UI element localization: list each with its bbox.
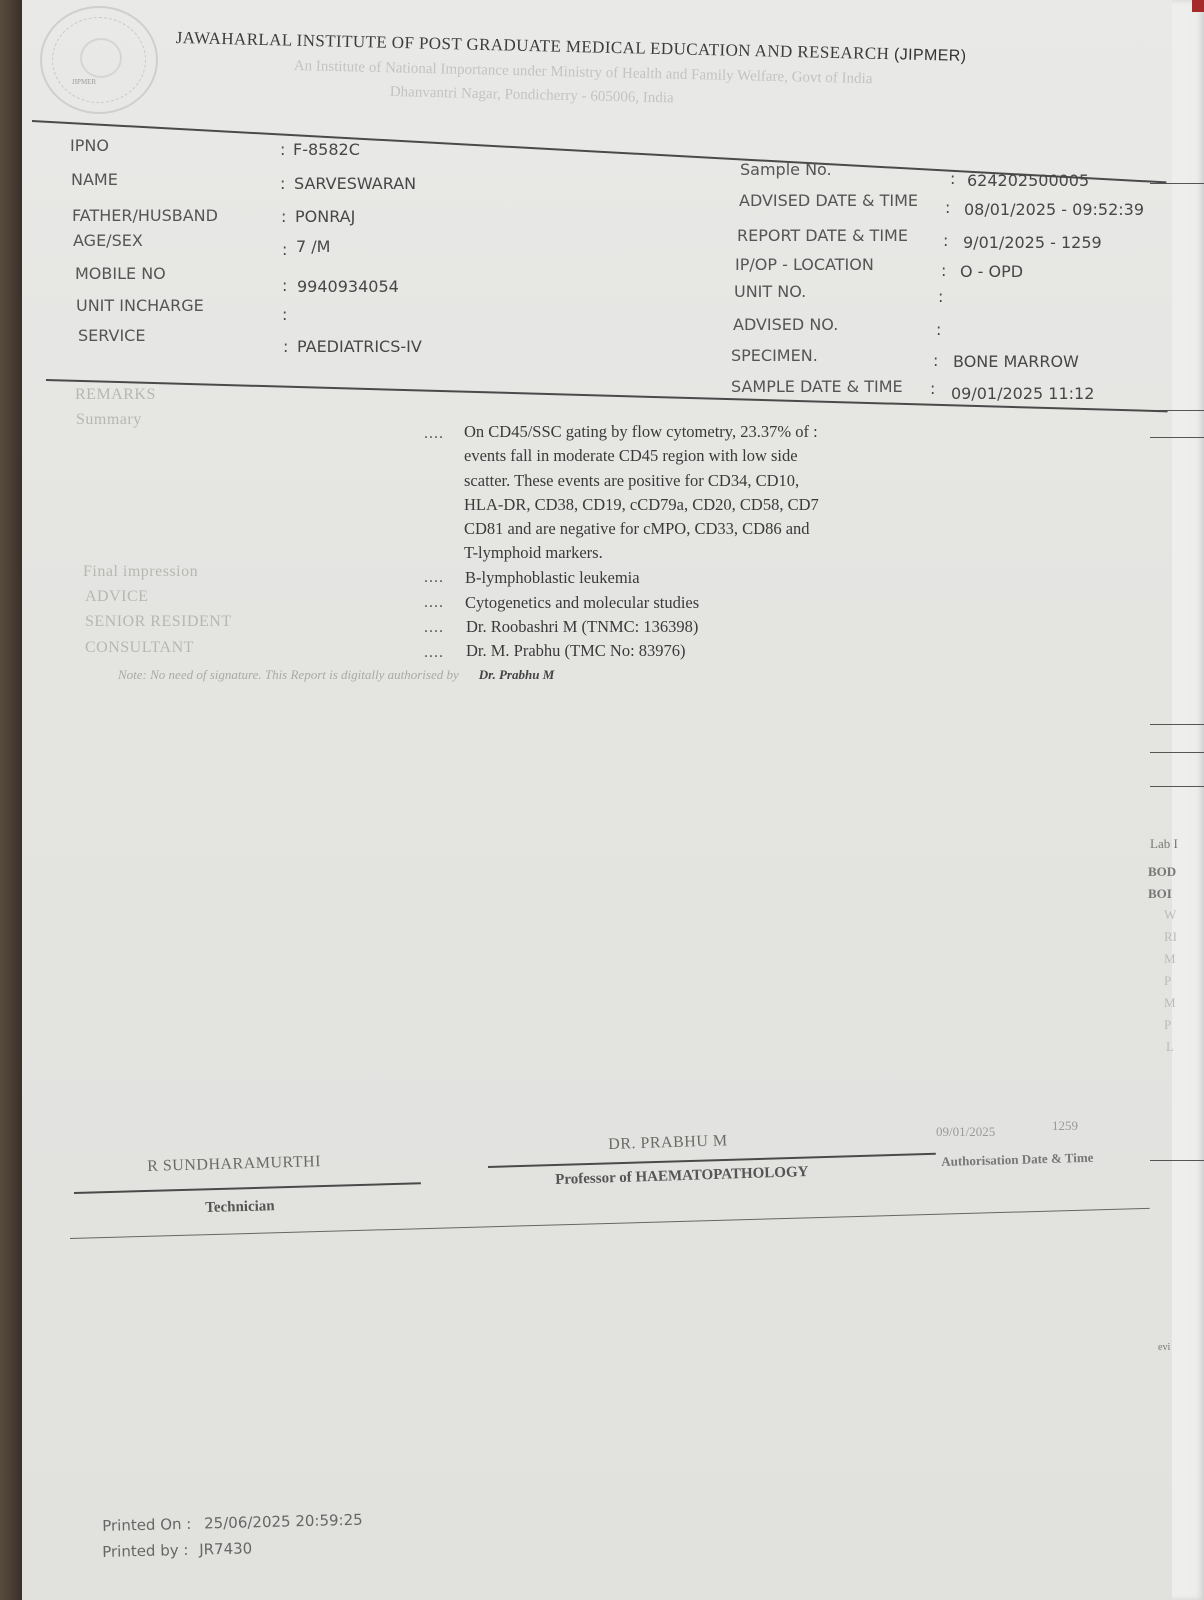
senior-resident-value: Dr. Roobashri M (TNMC: 136398) <box>466 615 698 639</box>
specimen-label: SPECIMEN. <box>731 346 818 365</box>
colon: : <box>283 337 288 356</box>
sample-no-label: Sample No. <box>740 160 832 179</box>
report-date-label: REPORT DATE & TIME <box>737 226 908 245</box>
summary-label: Summary <box>76 411 142 429</box>
name-value: SARVESWARAN <box>294 174 416 193</box>
sample-no-value: 624202500005 <box>967 171 1089 190</box>
under-sheet-text: M <box>1164 951 1176 967</box>
summary-line: T-lymphoid markers. <box>464 541 819 565</box>
colon: : <box>282 240 287 259</box>
ipno-value: F-8582C <box>293 140 360 159</box>
under-sheet-text: M <box>1164 995 1176 1011</box>
colon: : <box>280 174 285 193</box>
summary-line: events fall in moderate CD45 region with… <box>464 444 819 468</box>
authorisation-time: 1259 <box>1052 1118 1078 1134</box>
ip-op-location-value: O - OPD <box>960 262 1023 281</box>
service-value: PAEDIATRICS-IV <box>297 337 422 356</box>
age-sex-label: AGE/SEX <box>73 231 143 250</box>
ip-op-location-label: IP/OP - LOCATION <box>735 255 874 274</box>
institute-seal-icon: JIPMER <box>40 6 158 114</box>
under-sheet-text: P <box>1164 1017 1171 1033</box>
consultant-value: Dr. M. Prabhu (TMC No: 83976) <box>466 639 686 663</box>
specimen-value: BONE MARROW <box>953 352 1079 371</box>
under-sheet-text: W <box>1164 907 1176 923</box>
sample-date-label: SAMPLE DATE & TIME <box>731 377 903 396</box>
sample-date-value: 09/01/2025 11:12 <box>951 384 1094 403</box>
summary-text: On CD45/SSC gating by flow cytometry, 23… <box>464 420 819 566</box>
unit-no-label: UNIT NO. <box>734 282 806 301</box>
authorisation-date: 09/01/2025 <box>936 1124 995 1140</box>
report-date-value: 9/01/2025 - 1259 <box>963 233 1102 252</box>
under-sheet-text: BOI <box>1148 886 1172 902</box>
colon: : <box>941 261 946 280</box>
colon: : <box>280 140 285 159</box>
mobile-label: MOBILE NO <box>75 264 166 283</box>
age-sex-value: 7 /M <box>296 237 330 256</box>
senior-resident-label: SENIOR RESIDENT <box>85 613 232 631</box>
under-sheet-rule <box>1150 183 1204 184</box>
final-impression-label: Final impression <box>83 563 198 581</box>
colon: : <box>930 379 935 398</box>
advised-date-label: ADVISED DATE & TIME <box>739 191 918 210</box>
summary-line: HLA-DR, CD38, CD19, cCD79a, CD20, CD58, … <box>464 493 819 517</box>
colon: : <box>945 198 950 217</box>
leader-dots: .... <box>424 619 444 637</box>
under-sheet-text: RI <box>1164 929 1177 945</box>
summary-line: scatter. These events are positive for C… <box>464 469 819 493</box>
final-impression-value: B-lymphoblastic leukemia <box>465 566 640 590</box>
under-sheet-text: BOD <box>1148 864 1176 880</box>
colon: : <box>950 169 955 188</box>
printed-by: Printed by : JR7430 <box>102 1539 252 1561</box>
advice-value: Cytogenetics and molecular studies <box>465 591 699 615</box>
father-husband-value: PONRAJ <box>295 207 355 226</box>
technician-role: Technician <box>205 1198 275 1217</box>
under-sheet-text: L <box>1166 1039 1174 1055</box>
service-label: SERVICE <box>78 326 145 345</box>
under-sheet-text: Lab I <box>1150 836 1178 852</box>
note-signer: Dr. Prabhu M <box>479 667 555 682</box>
leader-dots: .... <box>424 594 444 612</box>
summary-line: CD81 and are negative for cMPO, CD33, CD… <box>464 517 819 541</box>
name-label: NAME <box>71 170 118 189</box>
red-edge <box>1192 0 1204 12</box>
under-sheet-rule <box>1150 752 1204 753</box>
under-sheet-text: evi <box>1158 1342 1170 1353</box>
summary-line: On CD45/SSC gating by flow cytometry, 23… <box>464 420 819 444</box>
under-sheet-rule <box>1150 437 1204 438</box>
unit-incharge-label: UNIT INCHARGE <box>76 296 204 315</box>
father-husband-label: FATHER/HUSBAND <box>72 206 218 225</box>
printed-by-label: Printed by : <box>102 1541 189 1561</box>
colon: : <box>281 207 286 226</box>
advice-label: ADVICE <box>85 588 148 606</box>
printed-by-value: JR7430 <box>199 1539 252 1558</box>
leader-dots: .... <box>424 644 444 662</box>
digital-authorisation-note: Note: No need of signature. This Report … <box>118 667 554 683</box>
leader-dots: .... <box>424 569 444 587</box>
advised-date-value: 08/01/2025 - 09:52:39 <box>964 200 1144 219</box>
advised-no-label: ADVISED NO. <box>733 315 838 334</box>
under-sheet-rule <box>1150 786 1204 787</box>
under-sheet-rule <box>1150 1160 1204 1161</box>
institute-abbr: (JIPMER) <box>894 46 967 65</box>
ipno-label: IPNO <box>70 136 109 155</box>
colon: : <box>936 320 941 339</box>
leader-dots: .... <box>424 425 444 443</box>
remarks-heading: REMARKS <box>75 386 156 404</box>
mobile-value: 9940934054 <box>297 277 399 296</box>
colon: : <box>943 231 948 250</box>
colon: : <box>282 276 287 295</box>
doctor-name: DR. PRABHU M <box>608 1132 728 1154</box>
colon: : <box>933 351 938 370</box>
under-sheet-text: P <box>1164 973 1171 989</box>
note-text: Note: No need of signature. This Report … <box>118 667 459 682</box>
colon: : <box>282 305 287 324</box>
under-sheet-rule <box>1150 724 1204 725</box>
printed-on-label: Printed On : <box>102 1515 192 1535</box>
colon: : <box>938 287 943 306</box>
consultant-label: CONSULTANT <box>85 639 194 657</box>
